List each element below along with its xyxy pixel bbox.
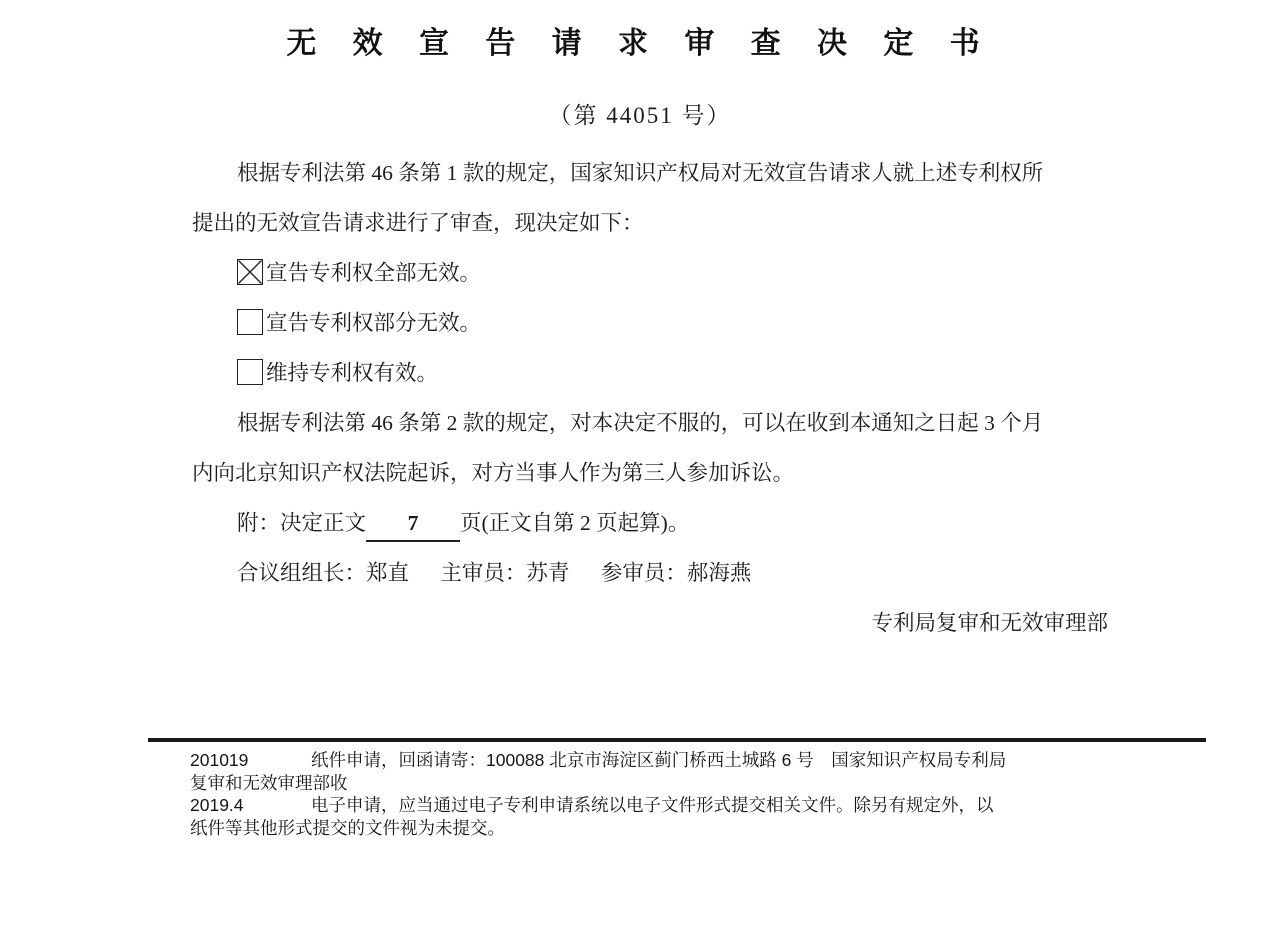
decision-option-label: 宣告专利权全部无效。: [266, 261, 481, 285]
decision-options: 宣告专利权全部无效。 宣告专利权部分无效。 维持专利权有效。: [192, 248, 1108, 398]
decision-option-maintain-valid: 维持专利权有效。: [192, 348, 1108, 398]
footer-note-paper-filing: 201019纸件申请，回函请寄：100088 北京市海淀区蓟门桥西土城路 6 号…: [190, 749, 1120, 772]
decision-document-page: 无 效 宣 告 请 求 审 查 决 定 书 （第 44051 号） 根据专利法第…: [0, 0, 1280, 943]
issuing-department: 专利局复审和无效审理部: [192, 598, 1108, 648]
panel-co-examiner-label: 参审员：: [601, 561, 687, 585]
x-mark-icon: [238, 260, 262, 284]
decision-number: （第 44051 号）: [0, 100, 1280, 132]
attachment-page-count: 7: [366, 508, 460, 542]
paragraph-line: 提出的无效宣告请求进行了审查，现决定如下：: [192, 198, 1108, 248]
panel-co-examiner-name: 郝海燕: [687, 561, 752, 585]
decision-option-partial-invalid: 宣告专利权部分无效。: [192, 298, 1108, 348]
attachment-suffix: 页(正文自第 2 页起算)。: [460, 511, 689, 535]
footer-code: 201019: [190, 749, 311, 772]
footer-notes: 201019纸件申请，回函请寄：100088 北京市海淀区蓟门桥西土城路 6 号…: [0, 749, 1120, 839]
panel-chief-examiner-label: 主审员：: [440, 561, 526, 585]
footer-code: 2019.4: [190, 794, 311, 817]
decision-option-label: 维持专利权有效。: [266, 361, 438, 385]
footer-text: 复审和无效审理部收: [190, 773, 348, 793]
checkbox-maintain-valid[interactable]: [237, 359, 263, 385]
paragraph-line: 根据专利法第 46 条第 2 款的规定，对本决定不服的，可以在收到本通知之日起 …: [192, 398, 1108, 448]
panel-chief-examiner-name: 苏青: [526, 561, 569, 585]
checkbox-partial-invalid[interactable]: [237, 309, 263, 335]
panel-co-examiner: 参审员：郝海燕: [601, 561, 752, 585]
paragraph-line: 内向北京知识产权法院起诉，对方当事人作为第三人参加诉讼。: [192, 448, 1108, 498]
attachment-line: 附：决定正文7页(正文自第 2 页起算)。: [192, 498, 1108, 548]
document-body: 根据专利法第 46 条第 1 款的规定，国家知识产权局对无效宣告请求人就上述专利…: [0, 148, 1280, 648]
paragraph-appeal-rights: 根据专利法第 46 条第 2 款的规定，对本决定不服的，可以在收到本通知之日起 …: [192, 398, 1108, 498]
footer-text: 纸件申请，回函请寄：100088 北京市海淀区蓟门桥西土城路 6 号 国家知识产…: [311, 750, 1006, 770]
decision-option-full-invalid: 宣告专利权全部无效。: [192, 248, 1108, 298]
checkbox-full-invalid-checked[interactable]: [237, 259, 263, 285]
footer-note-e-filing-cont: 纸件等其他形式提交的文件视为未提交。: [190, 817, 1120, 840]
panel-chief-label: 合议组组长：: [237, 561, 366, 585]
attachment-prefix: 附：决定正文: [237, 511, 366, 535]
paragraph-legal-basis: 根据专利法第 46 条第 1 款的规定，国家知识产权局对无效宣告请求人就上述专利…: [192, 148, 1108, 248]
panel-members-line: 合议组组长：郑直 主审员：苏青 参审员：郝海燕: [192, 548, 1108, 598]
panel-chief-examiner: 主审员：苏青: [440, 561, 569, 585]
paragraph-line: 根据专利法第 46 条第 1 款的规定，国家知识产权局对无效宣告请求人就上述专利…: [192, 148, 1108, 198]
panel-chief-name: 郑直: [366, 561, 409, 585]
page-title: 无 效 宣 告 请 求 审 查 决 定 书: [0, 24, 1280, 64]
footer-note-e-filing: 2019.4电子申请，应当通过电子专利申请系统以电子文件形式提交相关文件。除另有…: [190, 794, 1120, 817]
panel-chief: 合议组组长：郑直: [237, 561, 409, 585]
footer-note-paper-filing-cont: 复审和无效审理部收: [190, 772, 1120, 795]
footer-text: 电子申请，应当通过电子专利申请系统以电子文件形式提交相关文件。除另有规定外，以: [311, 795, 994, 815]
footer-divider: [148, 738, 1206, 742]
footer-text: 纸件等其他形式提交的文件视为未提交。: [190, 818, 505, 838]
decision-option-label: 宣告专利权部分无效。: [266, 311, 481, 335]
